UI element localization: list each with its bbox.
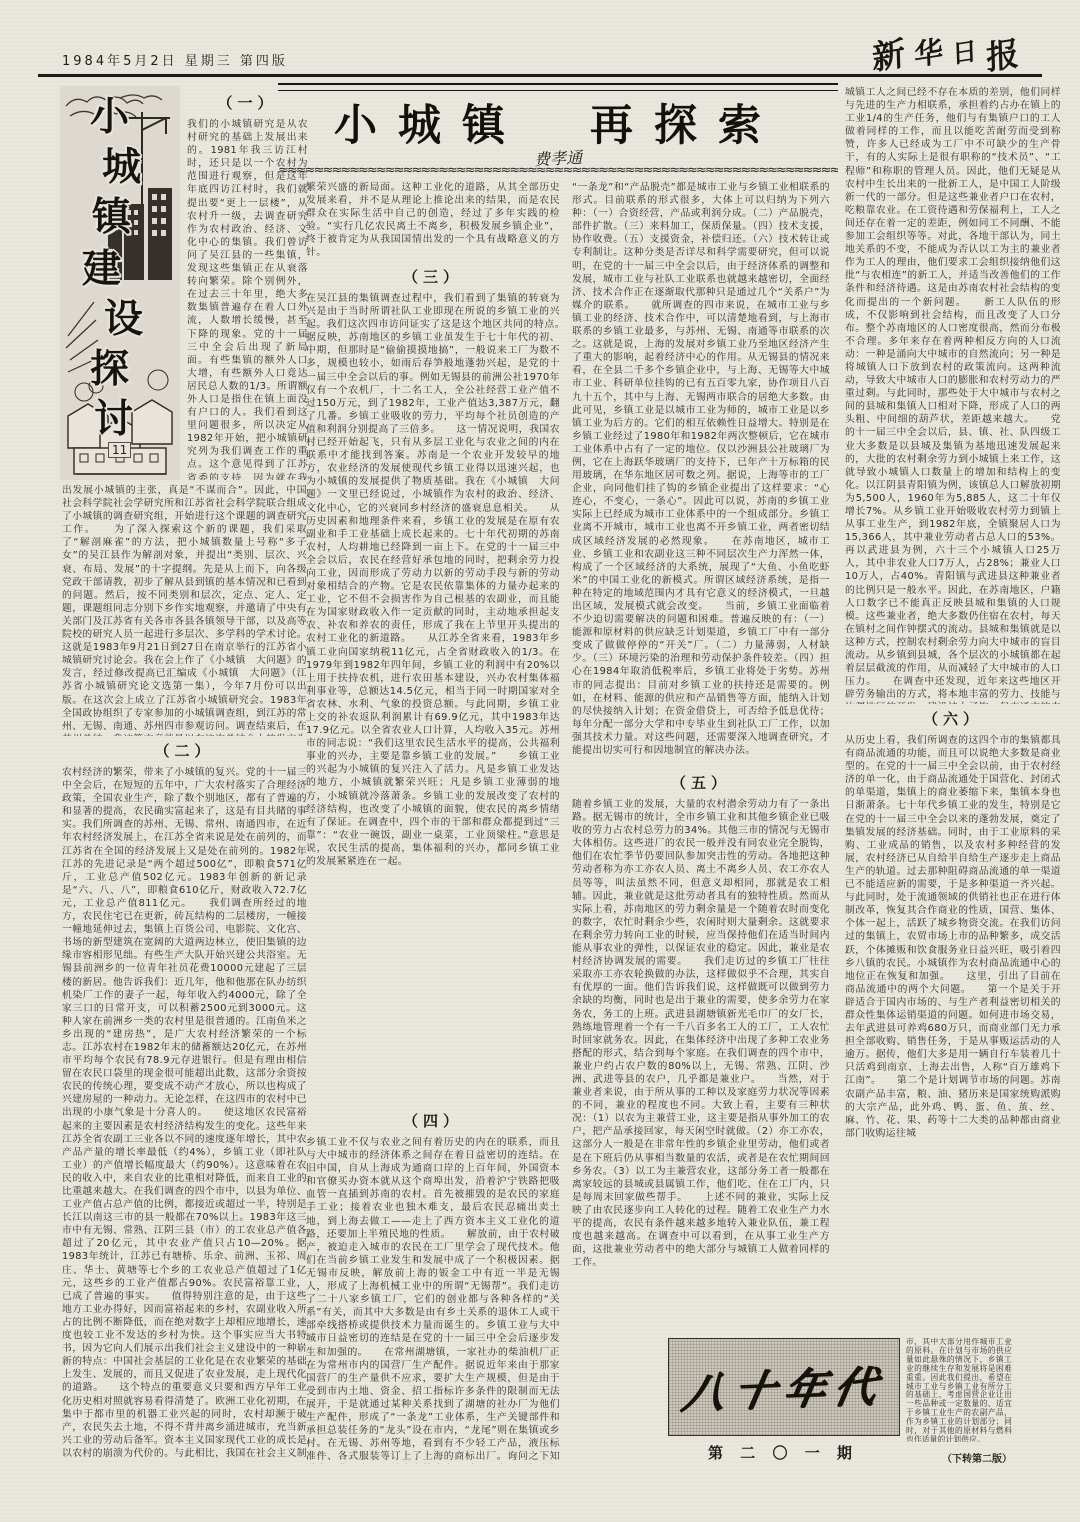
sidebar-illustration: 小 城 镇 建 设 探 讨 11 xyxy=(60,86,180,480)
intro-continuation-text: 繁荣兴盛的新局面。这种工业化的道路，从其全部历史发展来看，并不是从理论上推论出来… xyxy=(306,181,560,265)
series-title-char: 建 xyxy=(82,250,121,289)
series-number: 11 xyxy=(108,442,131,458)
title-wavy-rule: ≈≈≈≈≈≈≈≈≈≈≈≈≈≈≈≈≈≈≈≈≈≈≈≈≈≈≈≈≈≈≈≈≈≈≈≈≈≈≈≈… xyxy=(278,166,838,177)
section-header-3: （三） xyxy=(306,266,560,287)
middle-column-text: “一条龙”和“产品脱壳”都是城市工业与乡镇工业相联系的形式。目前联系的形式很多，… xyxy=(572,181,830,769)
date-line: 1984年5月2日 星期三 第四版 xyxy=(62,50,288,69)
magazine-issue-number: 第 二 〇 一 期 xyxy=(668,1442,898,1463)
series-title-char: 探 xyxy=(90,350,129,389)
magazine-title: 八十年代 xyxy=(678,1354,890,1421)
masthead-char: 日 xyxy=(952,31,978,71)
section-3-text: 在吴江县的集镇调查过程中，我们看到了集镇的转衰为兴是由于当时所谓社队工业即现在所… xyxy=(306,292,560,1106)
section-header-4: （四） xyxy=(306,1110,560,1131)
section-header-1: （一） xyxy=(187,92,308,113)
masthead-title: 新华日报 xyxy=(872,30,1052,76)
section-5-text: 随着乡镇工业的发展，大量的农村潜余劳动力有了一条出路。据无锡市的统计，全市乡镇工… xyxy=(572,798,830,1334)
series-title-char: 设 xyxy=(104,300,143,339)
continuation-note: （下转第二版） xyxy=(898,1450,1012,1465)
column-1-text: 我们的小城镇研究是从农村研究的基础上发展出来的。1981年我三访江村时，还只是以… xyxy=(187,118,308,480)
section-4-text: 乡镇工业不仅与农业之间有着历史的内在的联系，而且与大中城市的经济体系之间存在着日… xyxy=(306,1136,560,1464)
title-top-rule xyxy=(278,83,838,91)
section-6-text: 从历史上看，我们所调查的这四个市的集镇都具有商品流通的功能，而且可以说绝大多数是… xyxy=(845,734,1061,1334)
section-header-5: （五） xyxy=(572,772,830,793)
series-title-char: 镇 xyxy=(92,198,131,237)
series-title-char: 城 xyxy=(102,148,141,187)
section-header-6: （六） xyxy=(845,708,1061,729)
section-2-text: 农村经济的繁荣，带来了小城镇的复兴。党的十一届三中全会后，在短短的五年中，广大农… xyxy=(62,766,307,1460)
column-left-wide-text: 出发展小城镇的主张，真是“不谋而合”。因此，中国社会科学院社会学研究所和江苏省社… xyxy=(62,484,307,736)
magazine-ad-box: 八十年代 xyxy=(668,1338,900,1436)
header-rule xyxy=(38,74,1042,77)
masthead-char: 报 xyxy=(985,27,1019,79)
masthead-char: 华 xyxy=(913,29,943,75)
series-title-char: 讨 xyxy=(94,400,133,439)
series-title-char: 小 xyxy=(90,98,129,137)
right-column-text: 城镇工人之间已经不存在本质的差别，他们同样与先进的生产力相联系，承担着约占办在镇… xyxy=(845,86,1061,704)
masthead-char: 新 xyxy=(871,27,905,79)
section-header-2: （二） xyxy=(62,740,307,761)
newspaper-page: 1984年5月2日 星期三 第四版 新华日报 小城镇 再探索 费孝通 ≈≈≈≈≈… xyxy=(0,0,1080,1522)
footer-side-text: 市，其中大部分用作城市工业的原料。在计划与市场的供应量如此悬殊的情况下，乡镇工业… xyxy=(906,1338,1012,1442)
